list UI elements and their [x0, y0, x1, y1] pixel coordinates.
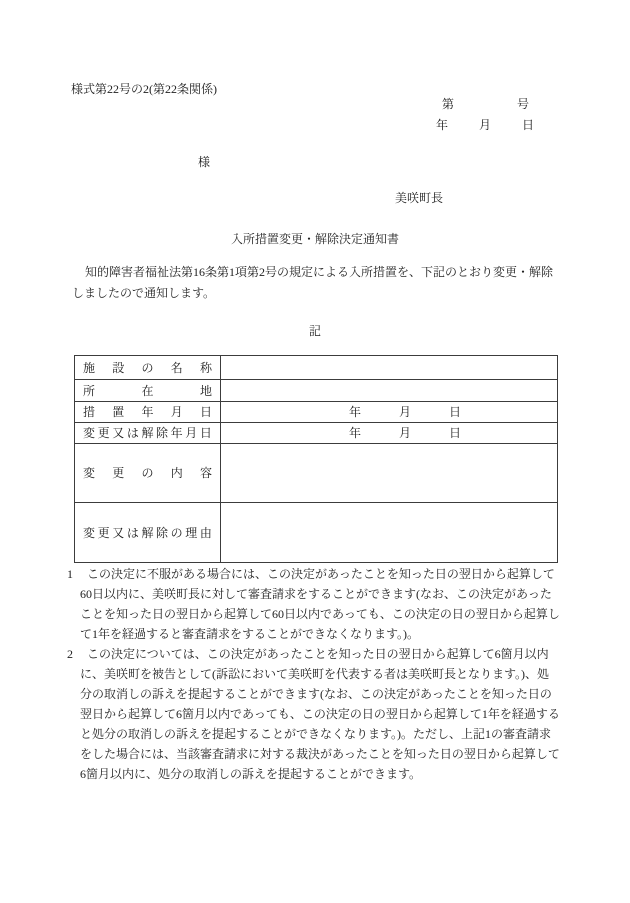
notice-table: 施設の名称 所在地 措置年月日 年 月 日 変更又は解除年月日 年 月: [74, 355, 558, 563]
change-content-value-cell: [221, 444, 558, 503]
note-text: この決定に不服がある場合には、この決定があったことを知った日の翌日から起算して: [87, 567, 555, 581]
doc-number-prefix: 第: [442, 94, 454, 114]
table-row: 措置年月日 年 月 日: [75, 402, 558, 423]
date-day-label: 日: [522, 115, 534, 135]
note-line: をした場合には、当該審査請求に対する裁決があったことを知った日の翌日から起算して: [80, 744, 630, 764]
row-label-change-date: 変更又は解除年月日: [75, 423, 220, 443]
note-line: て1年を経過すると審査請求をすることができなくなります。)。: [80, 624, 630, 644]
note-number: 2: [67, 644, 73, 664]
date-month-label: 月: [479, 115, 491, 135]
table-row: 変更又は解除の理由: [75, 503, 558, 563]
measure-date-value-cell: 年 月 日: [221, 402, 558, 423]
day-label: 日: [449, 402, 461, 422]
row-label-measure-date: 措置年月日: [75, 402, 220, 422]
note-line: 分の取消しの訴えを提起することができます(なお、この決定があったことを知った日の: [80, 684, 630, 704]
doc-number-suffix: 号: [517, 94, 529, 114]
body-paragraph: 知的障害者福祉法第16条第1項第2号の規定による入所措置を、下記のとおり変更・解…: [72, 262, 562, 304]
note-line: 翌日から起算して6箇月以内であっても、この決定の日の翌日から起算して1年を経過す…: [80, 704, 630, 724]
document-number-line: 第 号: [442, 94, 529, 114]
record-marker: 記: [0, 321, 630, 341]
year-label: 年: [349, 402, 361, 422]
date-year-label: 年: [436, 115, 448, 135]
table-row: 施設の名称: [75, 356, 558, 380]
form-number: 様式第22号の2(第22条関係): [71, 79, 217, 99]
note-number: 1: [67, 564, 73, 584]
row-label-address: 所在地: [75, 381, 220, 401]
table-row: 変更の内容: [75, 444, 558, 503]
table-row: 所在地: [75, 380, 558, 402]
note-line: 60日以内に、美咲町長に対して審査請求をすることができます(なお、この決定があっ…: [80, 584, 630, 604]
note-line: と処分の取消しの訴えを提起することができなくなります。)。ただし、上記1の審査請…: [80, 724, 630, 744]
sender-name: 美咲町長: [395, 188, 443, 208]
body-line: 知的障害者福祉法第16条第1項第2号の規定による入所措置を、下記のとおり変更・解…: [72, 262, 562, 283]
document-date-line: 年 月 日: [436, 115, 534, 135]
facility-name-value-cell: [221, 356, 558, 380]
document-page: 様式第22号の2(第22条関係) 第 号 年 月 日 様 美咲町長 入所措置変更…: [0, 0, 630, 903]
note-line: に、美咲町を被告として(訴訟において美咲町を代表する者は美咲町長となります。)、…: [80, 664, 630, 684]
body-line: しましたので通知します。: [72, 283, 562, 304]
note-line: 1 この決定に不服がある場合には、この決定があったことを知った日の翌日から起算し…: [87, 564, 630, 584]
month-label: 月: [399, 402, 411, 422]
addressee-honorific: 様: [198, 152, 210, 172]
page-title: 入所措置変更・解除決定通知書: [0, 229, 630, 249]
note-line: 2 この決定については、この決定があったことを知った日の翌日から起算して6箇月以…: [87, 644, 630, 664]
change-date-value-cell: 年 月 日: [221, 423, 558, 444]
month-label: 月: [399, 423, 411, 443]
note-line: ことを知った日の翌日から起算して60日以内であっても、この決定の日の翌日から起算…: [80, 604, 630, 624]
day-label: 日: [449, 423, 461, 443]
row-label-change-content: 変更の内容: [75, 463, 220, 483]
date-placeholder: 年 月 日: [221, 423, 557, 443]
note-line: 6箇月以内に、処分の取消しの訴えを提起することができます。: [80, 764, 630, 784]
legal-notes: 1 この決定に不服がある場合には、この決定があったことを知った日の翌日から起算し…: [0, 564, 630, 784]
change-reason-value-cell: [221, 503, 558, 563]
note-text: この決定については、この決定があったことを知った日の翌日から起算して6箇月以内: [87, 647, 549, 661]
year-label: 年: [349, 423, 361, 443]
date-placeholder: 年 月 日: [221, 402, 557, 422]
table-row: 変更又は解除年月日 年 月 日: [75, 423, 558, 444]
row-label-facility-name: 施設の名称: [75, 358, 220, 378]
row-label-change-reason: 変更又は解除の理由: [75, 523, 220, 543]
address-value-cell: [221, 380, 558, 402]
